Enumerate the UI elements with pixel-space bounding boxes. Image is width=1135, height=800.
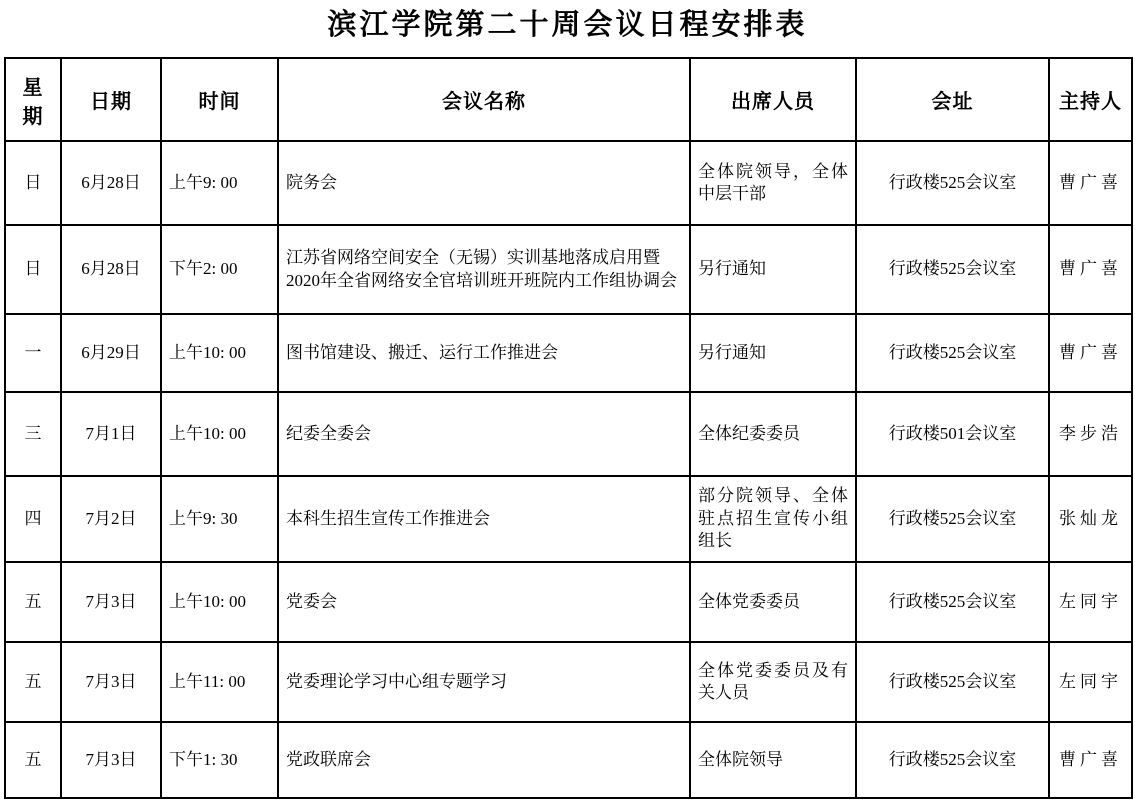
cell-host: 左同宇 [1049,562,1132,642]
page-title: 滨江学院第二十周会议日程安排表 [0,2,1135,43]
cell-host: 曹广喜 [1049,314,1132,392]
cell-time: 下午1: 30 [161,722,278,798]
table-row: 五 7月3日 下午1: 30 党政联席会 全体院领导 行政楼525会议室 曹广喜 [5,722,1132,798]
document-page: 滨江学院第二十周会议日程安排表 星期 日期 时间 会议名称 出席人员 会址 主持… [0,0,1135,800]
cell-date: 7月3日 [61,562,161,642]
cell-attendees: 全体党委委员及有关人员 [690,642,856,722]
cell-date: 6月29日 [61,314,161,392]
cell-meeting-name: 院务会 [278,141,690,225]
table-row: 一 6月29日 上午10: 00 图书馆建设、搬迁、运行工作推进会 另行通知 行… [5,314,1132,392]
cell-host: 曹广喜 [1049,141,1132,225]
table-row: 五 7月3日 上午10: 00 党委会 全体党委委员 行政楼525会议室 左同宇 [5,562,1132,642]
header-cell-weekday: 星期 [5,58,61,141]
header-cell-venue: 会址 [856,58,1049,141]
cell-venue: 行政楼525会议室 [856,642,1049,722]
cell-weekday: 日 [5,141,61,225]
cell-host: 张灿龙 [1049,476,1132,562]
cell-host: 李步浩 [1049,392,1132,476]
cell-attendees: 全体党委委员 [690,562,856,642]
table-row: 三 7月1日 上午10: 00 纪委全委会 全体纪委委员 行政楼501会议室 李… [5,392,1132,476]
cell-attendees: 全体院领导，全体中层干部 [690,141,856,225]
header-cell-host: 主持人 [1049,58,1132,141]
cell-attendees: 另行通知 [690,225,856,314]
cell-meeting-name: 党委理论学习中心组专题学习 [278,642,690,722]
cell-meeting-name: 党委会 [278,562,690,642]
cell-meeting-name: 图书馆建设、搬迁、运行工作推进会 [278,314,690,392]
cell-weekday: 五 [5,562,61,642]
cell-meeting-name: 党政联席会 [278,722,690,798]
cell-date: 7月2日 [61,476,161,562]
cell-venue: 行政楼525会议室 [856,722,1049,798]
cell-time: 上午9: 30 [161,476,278,562]
header-cell-date: 日期 [61,58,161,141]
schedule-table: 星期 日期 时间 会议名称 出席人员 会址 主持人 日 6月28日 上午9: 0… [4,57,1133,799]
cell-host: 曹广喜 [1049,722,1132,798]
cell-venue: 行政楼525会议室 [856,562,1049,642]
cell-venue: 行政楼501会议室 [856,392,1049,476]
cell-weekday: 四 [5,476,61,562]
cell-venue: 行政楼525会议室 [856,476,1049,562]
cell-host: 曹广喜 [1049,225,1132,314]
cell-time: 上午9: 00 [161,141,278,225]
cell-venue: 行政楼525会议室 [856,141,1049,225]
cell-time: 上午10: 00 [161,314,278,392]
cell-attendees: 另行通知 [690,314,856,392]
cell-weekday: 五 [5,722,61,798]
cell-venue: 行政楼525会议室 [856,225,1049,314]
cell-meeting-name: 江苏省网络空间安全（无锡）实训基地落成启用暨2020年全省网络安全官培训班开班院… [278,225,690,314]
table-row: 日 6月28日 下午2: 00 江苏省网络空间安全（无锡）实训基地落成启用暨20… [5,225,1132,314]
cell-attendees: 部分院领导、全体驻点招生宣传小组组长 [690,476,856,562]
cell-time: 下午2: 00 [161,225,278,314]
cell-date: 7月3日 [61,642,161,722]
cell-time: 上午11: 00 [161,642,278,722]
cell-host: 左同宇 [1049,642,1132,722]
cell-date: 6月28日 [61,141,161,225]
table-row: 四 7月2日 上午9: 30 本科生招生宣传工作推进会 部分院领导、全体驻点招生… [5,476,1132,562]
cell-date: 7月1日 [61,392,161,476]
cell-date: 6月28日 [61,225,161,314]
cell-venue: 行政楼525会议室 [856,314,1049,392]
header-cell-meeting-name: 会议名称 [278,58,690,141]
cell-attendees: 全体院领导 [690,722,856,798]
cell-date: 7月3日 [61,722,161,798]
header-cell-time: 时间 [161,58,278,141]
cell-weekday: 五 [5,642,61,722]
cell-meeting-name: 纪委全委会 [278,392,690,476]
cell-time: 上午10: 00 [161,562,278,642]
header-cell-attendees: 出席人员 [690,58,856,141]
cell-meeting-name: 本科生招生宣传工作推进会 [278,476,690,562]
cell-weekday: 一 [5,314,61,392]
cell-attendees: 全体纪委委员 [690,392,856,476]
table-row: 五 7月3日 上午11: 00 党委理论学习中心组专题学习 全体党委委员及有关人… [5,642,1132,722]
cell-time: 上午10: 00 [161,392,278,476]
header-row: 星期 日期 时间 会议名称 出席人员 会址 主持人 [5,58,1132,141]
cell-weekday: 日 [5,225,61,314]
table-row: 日 6月28日 上午9: 00 院务会 全体院领导，全体中层干部 行政楼525会… [5,141,1132,225]
cell-weekday: 三 [5,392,61,476]
